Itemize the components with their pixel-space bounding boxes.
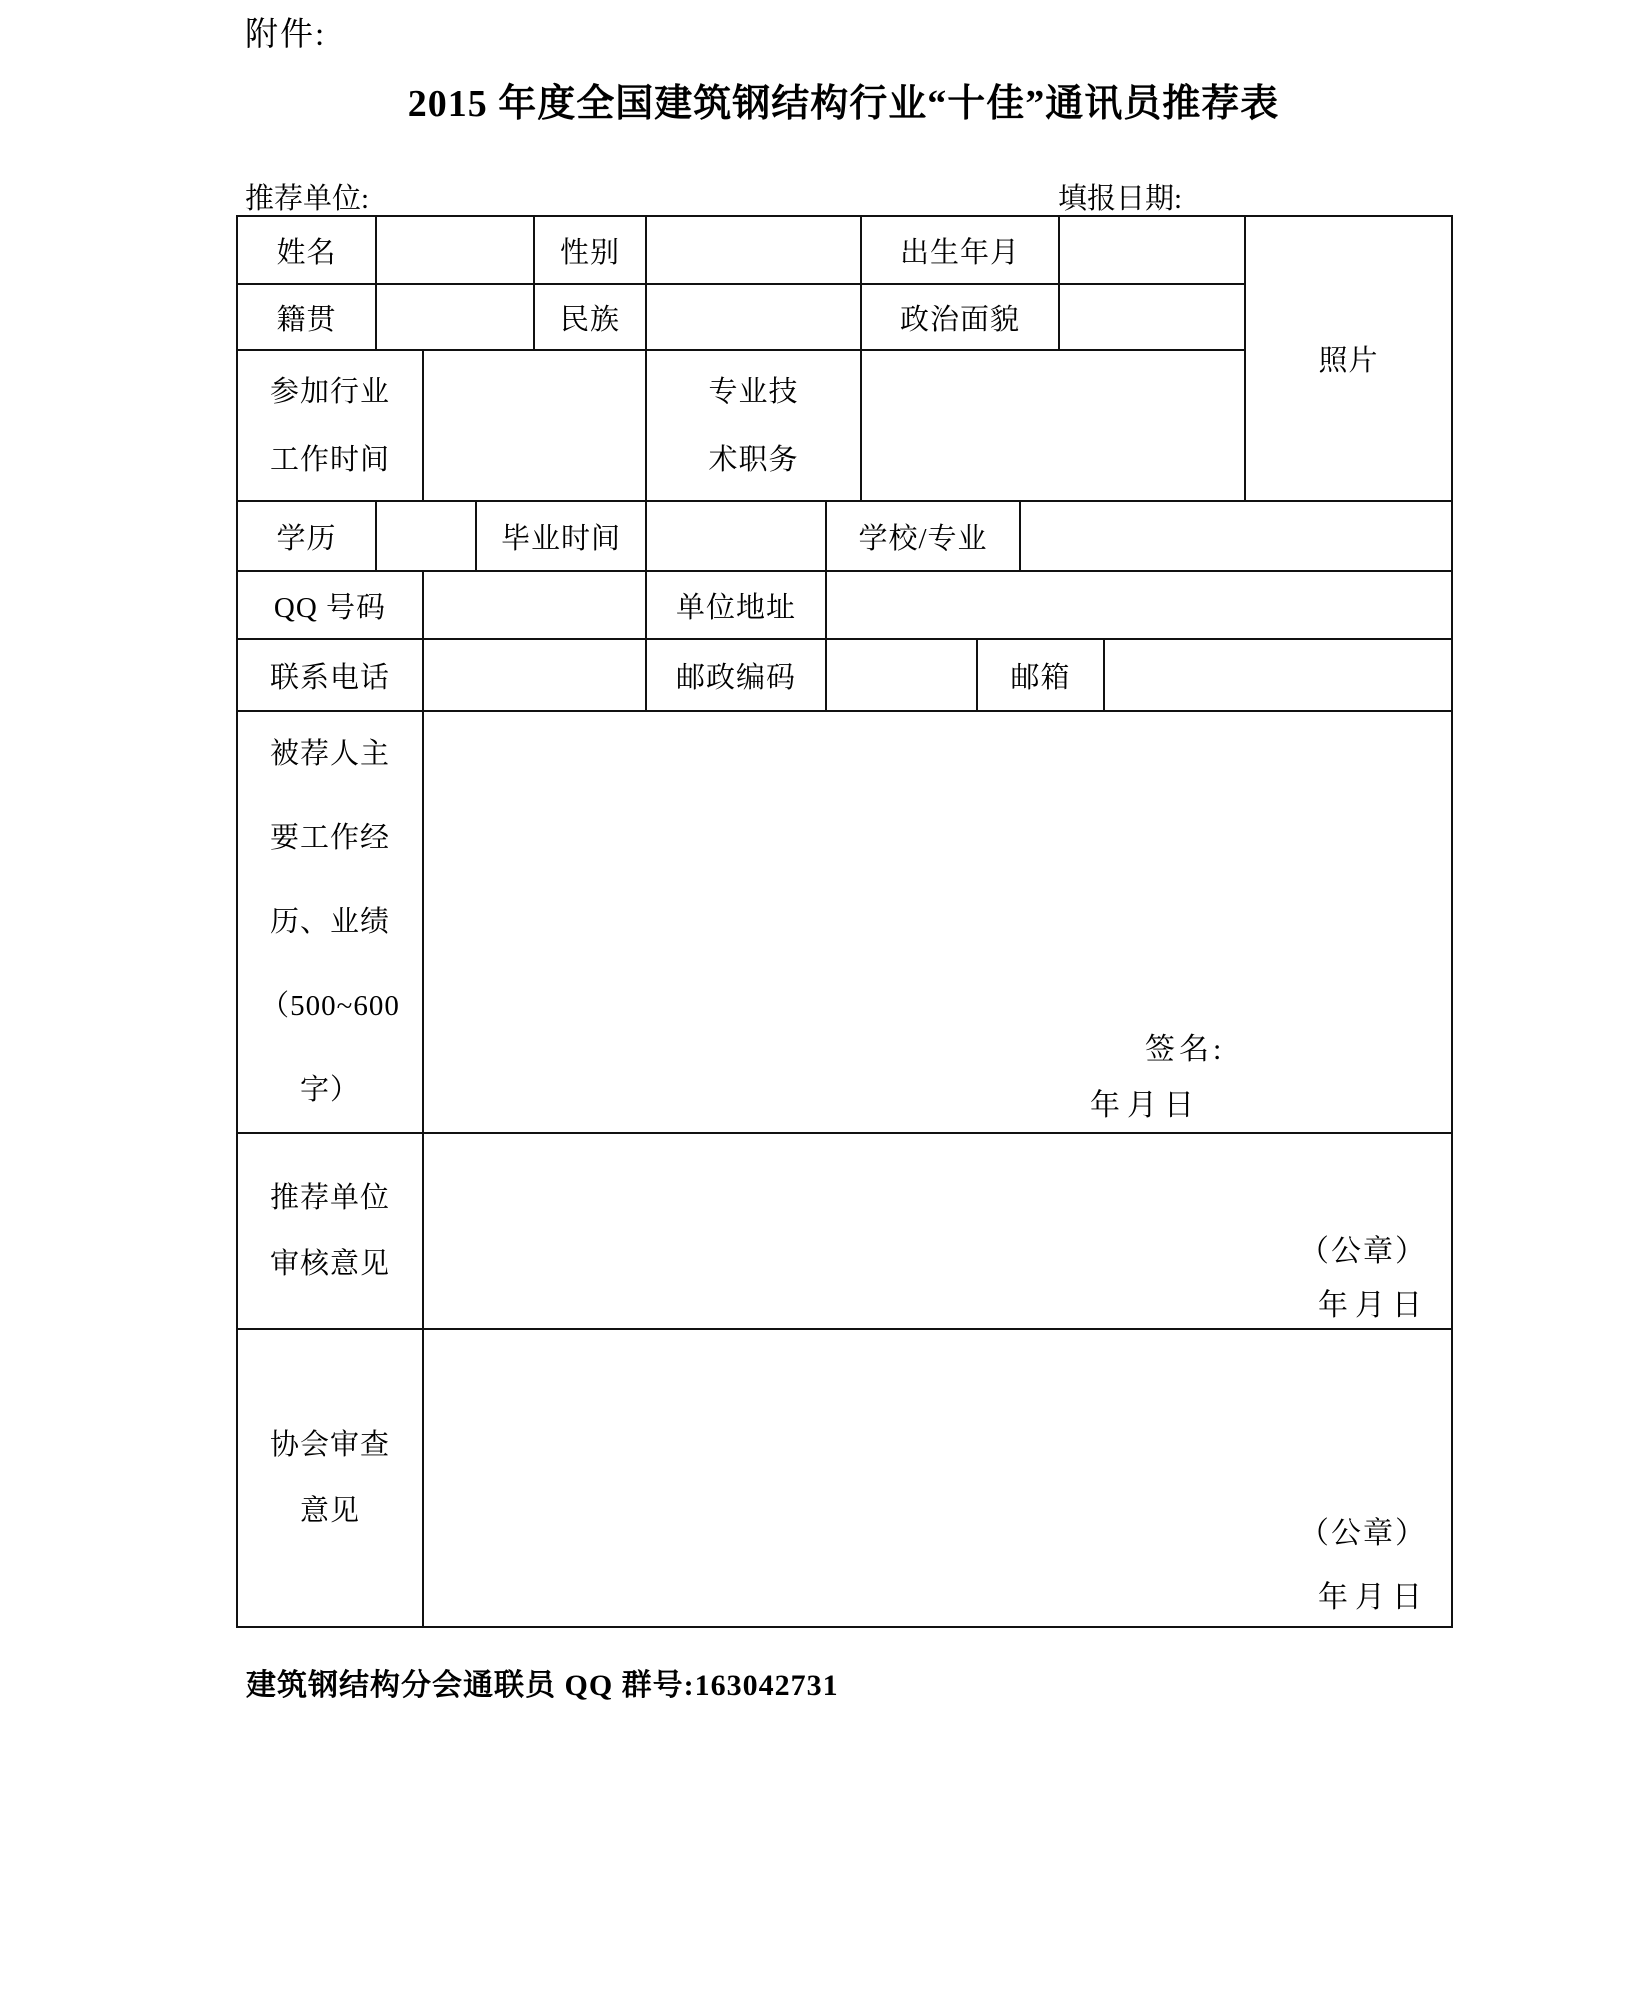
- gender-value-cell[interactable]: [646, 216, 861, 284]
- experience-label-line3: 历、业绩: [238, 880, 422, 964]
- experience-label-line5: 字）: [238, 1048, 422, 1132]
- native-place-label: 籍贯: [237, 284, 376, 350]
- table-row: 学历 毕业时间 学校/专业: [237, 501, 1452, 571]
- experience-label: 被荐人主 要工作经 历、业绩 （500~600 字）: [237, 711, 423, 1133]
- photo-cell: 照片: [1245, 216, 1452, 501]
- unit-address-value-cell[interactable]: [826, 571, 1452, 639]
- association-review-content-cell[interactable]: （公章） 年月日: [423, 1329, 1452, 1627]
- email-label: 邮箱: [977, 639, 1104, 711]
- unit-review-label-line2: 审核意见: [238, 1231, 422, 1297]
- education-value-cell[interactable]: [376, 501, 476, 571]
- association-review-seal-label: （公章）: [1299, 1508, 1427, 1552]
- experience-label-line1: 被荐人主: [238, 712, 422, 796]
- native-place-value-cell[interactable]: [376, 284, 534, 350]
- unit-address-label: 单位地址: [646, 571, 826, 639]
- graduation-time-label: 毕业时间: [476, 501, 646, 571]
- unit-review-label: 推荐单位 审核意见: [237, 1133, 423, 1329]
- experience-content-cell[interactable]: 签名: 年月日: [423, 711, 1452, 1133]
- signature-label: 签名:: [1145, 1024, 1225, 1068]
- professional-title-line1: 专业技: [647, 358, 860, 426]
- industry-work-time-label: 参加行业 工作时间: [237, 350, 423, 501]
- association-review-date-label: 年月日: [1318, 1572, 1429, 1616]
- ethnicity-label: 民族: [534, 284, 646, 350]
- phone-value-cell[interactable]: [423, 639, 646, 711]
- qq-number-value-cell[interactable]: [423, 571, 646, 639]
- gender-label: 性别: [534, 216, 646, 284]
- graduation-time-value-cell[interactable]: [646, 501, 826, 571]
- political-status-label: 政治面貌: [861, 284, 1059, 350]
- postal-code-value-cell[interactable]: [826, 639, 977, 711]
- industry-work-time-value-cell[interactable]: [423, 350, 646, 501]
- school-major-value-cell[interactable]: [1020, 501, 1452, 571]
- fill-date-label: 填报日期:: [1058, 176, 1182, 217]
- birth-date-value-cell[interactable]: [1059, 216, 1245, 284]
- experience-label-line2: 要工作经: [238, 796, 422, 880]
- table-row: QQ 号码 单位地址: [237, 571, 1452, 639]
- document-page: 附件: 2015 年度全国建筑钢结构行业“十佳”通讯员推荐表 推荐单位: 填报日…: [0, 0, 1650, 1998]
- table-row: 协会审查 意见 （公章） 年月日: [237, 1329, 1452, 1627]
- table-row: 被荐人主 要工作经 历、业绩 （500~600 字） 签名: 年月日: [237, 711, 1452, 1133]
- unit-review-content-cell[interactable]: （公章） 年月日: [423, 1133, 1452, 1329]
- professional-title-value-cell[interactable]: [861, 350, 1245, 501]
- attachment-label: 附件:: [245, 8, 326, 55]
- birth-date-label: 出生年月: [861, 216, 1059, 284]
- page-title: 2015 年度全国建筑钢结构行业“十佳”通讯员推荐表: [236, 72, 1451, 127]
- association-review-label-line2: 意见: [238, 1478, 422, 1544]
- unit-review-seal-label: （公章）: [1299, 1226, 1427, 1270]
- unit-review-label-line1: 推荐单位: [238, 1165, 422, 1231]
- school-major-label: 学校/专业: [826, 501, 1020, 571]
- ethnicity-value-cell[interactable]: [646, 284, 861, 350]
- footer-note: 建筑钢结构分会通联员 QQ 群号:163042731: [246, 1660, 839, 1704]
- association-review-label-line1: 协会审查: [238, 1412, 422, 1478]
- experience-date-label: 年月日: [1090, 1080, 1201, 1124]
- table-row: 姓名 性别 出生年月 照片: [237, 216, 1452, 284]
- unit-review-date-label: 年月日: [1318, 1280, 1429, 1324]
- recommendation-form-table: 姓名 性别 出生年月 照片 籍贯 民族 政治面貌 参加行业 工作时间 专业技: [236, 215, 1453, 1628]
- experience-label-line4: （500~600: [238, 964, 422, 1048]
- name-label: 姓名: [237, 216, 376, 284]
- industry-work-time-line2: 工作时间: [238, 426, 422, 494]
- recommending-unit-label: 推荐单位:: [245, 176, 369, 217]
- qq-number-label: QQ 号码: [237, 571, 423, 639]
- association-review-label: 协会审查 意见: [237, 1329, 423, 1627]
- professional-title-line2: 术职务: [647, 426, 860, 494]
- table-row: 联系电话 邮政编码 邮箱: [237, 639, 1452, 711]
- professional-title-label: 专业技 术职务: [646, 350, 861, 501]
- phone-label: 联系电话: [237, 639, 423, 711]
- table-row: 推荐单位 审核意见 （公章） 年月日: [237, 1133, 1452, 1329]
- postal-code-label: 邮政编码: [646, 639, 826, 711]
- industry-work-time-line1: 参加行业: [238, 358, 422, 426]
- name-value-cell[interactable]: [376, 216, 534, 284]
- education-label: 学历: [237, 501, 376, 571]
- political-status-value-cell[interactable]: [1059, 284, 1245, 350]
- email-value-cell[interactable]: [1104, 639, 1452, 711]
